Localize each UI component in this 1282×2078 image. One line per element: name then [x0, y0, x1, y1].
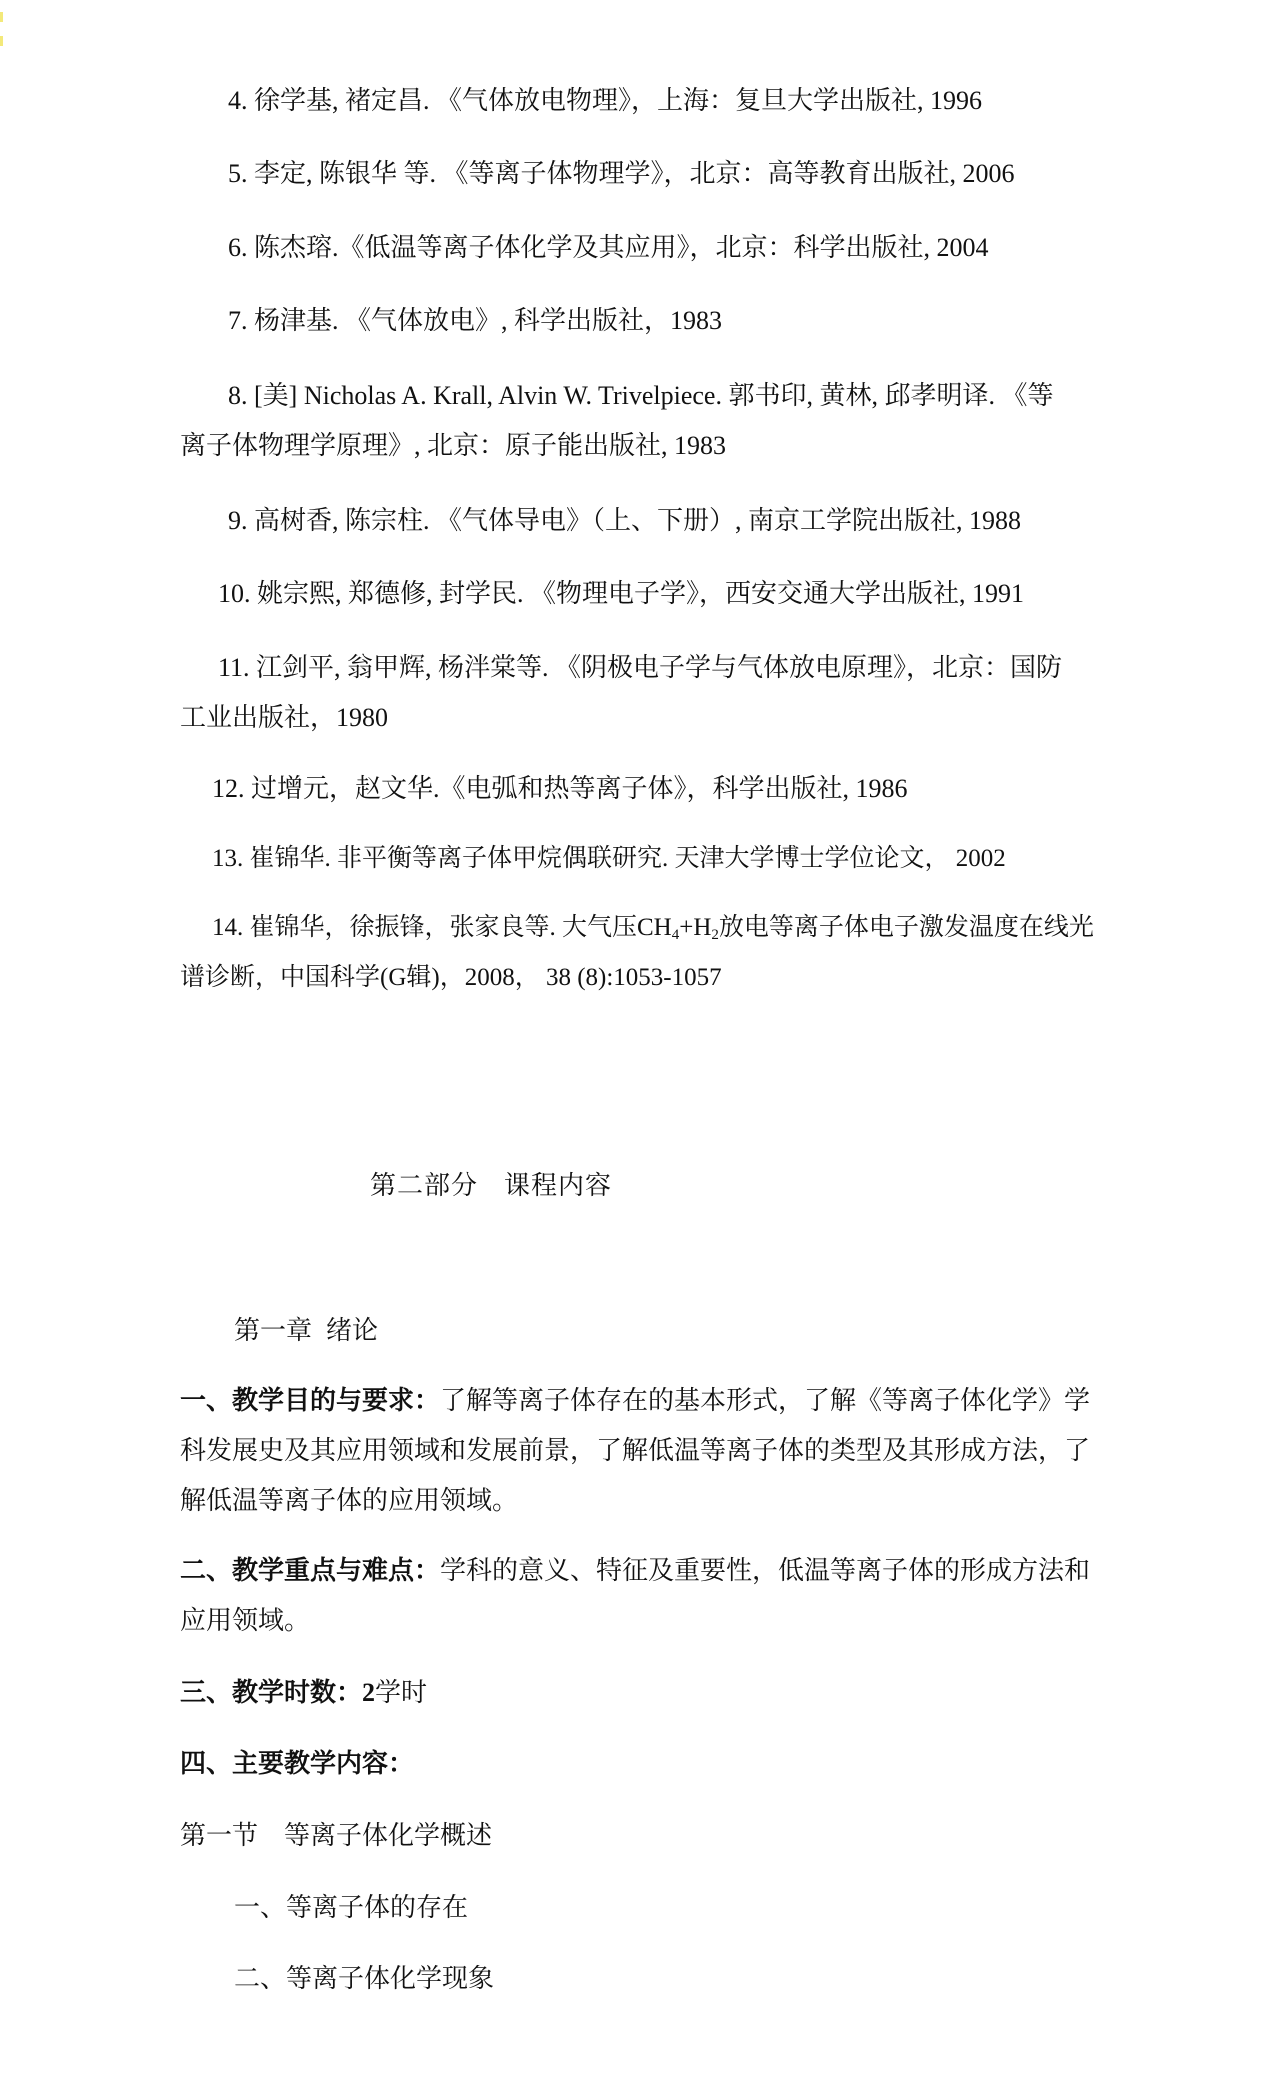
key-points-text-line2: 应用领域。	[180, 1606, 310, 1635]
reference-text: 高树香, 陈宗柱. 《气体导电》（上、下册）, 南京工学院出版社, 1988	[254, 506, 1021, 535]
reference-text-part: 放电等离子体电子激发温度在线光	[719, 914, 1094, 941]
objectives-text-line1: 了解等离子体存在的基本形式，了解《等离子体化学》学	[440, 1386, 1090, 1415]
key-points-label: 二、教学重点与难点：	[180, 1556, 440, 1586]
reference-number: 8.	[228, 381, 248, 410]
reference-number: 4.	[228, 86, 248, 115]
reference-item: 7. 杨津基. 《气体放电》, 科学出版社，1983	[228, 305, 722, 337]
reference-number: 9.	[228, 506, 248, 535]
section-title: 等离子体化学概述	[284, 1821, 492, 1851]
reference-item-continued: 谱诊断，中国科学(G辑)，2008， 38 (8):1053-1057	[180, 962, 722, 994]
section-label: 第一节	[180, 1821, 258, 1851]
reference-item: 9. 高树香, 陈宗柱. 《气体导电》（上、下册）, 南京工学院出版社, 198…	[228, 505, 1021, 537]
hours-value: 2	[362, 1678, 375, 1707]
key-points-paragraph-continued: 应用领域。	[180, 1605, 310, 1637]
section-item: 一、等离子体的存在	[234, 1892, 468, 1924]
reference-item: 10. 姚宗熙, 郑德修, 封学民. 《物理电子学》，西安交通大学出版社, 19…	[218, 578, 1024, 610]
reference-item: 6. 陈杰瑢.《低温等离子体化学及其应用》，北京：科学出版社, 2004	[228, 232, 989, 264]
reference-text: 陈杰瑢.《低温等离子体化学及其应用》，北京：科学出版社, 2004	[254, 233, 989, 262]
content-heading: 四、主要教学内容：	[180, 1748, 414, 1780]
chapter-heading: 第一章绪论	[234, 1315, 378, 1347]
reference-item: 5. 李定, 陈银华 等. 《等离子体物理学》，北京：高等教育出版社, 2006	[228, 158, 1015, 190]
reference-text-line2: 谱诊断，中国科学(G辑)，2008， 38 (8):1053-1057	[180, 964, 722, 991]
section-heading: 第一节等离子体化学概述	[180, 1820, 492, 1852]
edge-mark	[0, 12, 3, 22]
key-points-text-line1: 学科的意义、特征及重要性，低温等离子体的形成方法和	[440, 1556, 1090, 1585]
hours-label: 三、教学时数：	[180, 1678, 362, 1708]
reference-text: 杨津基. 《气体放电》, 科学出版社，1983	[254, 306, 722, 335]
objectives-text-line2: 科发展史及其应用领域和发展前景，了解低温等离子体的类型及其形成方法，了	[180, 1436, 1090, 1465]
reference-text: 徐学基, 褚定昌. 《气体放电物理》，上海：复旦大学出版社, 1996	[254, 86, 982, 115]
reference-text-line1: 江剑平, 翁甲辉, 杨泮棠等. 《阴极电子学与气体放电原理》，北京：国防	[256, 653, 1062, 682]
chapter-title: 绪论	[326, 1316, 378, 1346]
reference-number: 11.	[218, 653, 250, 682]
section-item: 二、等离子体化学现象	[234, 1963, 494, 1995]
reference-text-line2: 工业出版社，1980	[180, 703, 388, 732]
part-title: 课程内容	[504, 1171, 612, 1201]
reference-number: 6.	[228, 233, 248, 262]
content-label: 四、主要教学内容：	[180, 1749, 414, 1779]
reference-text: 过增元，赵文华.《电弧和热等离子体》，科学出版社, 1986	[251, 774, 908, 803]
reference-item: 11. 江剑平, 翁甲辉, 杨泮棠等. 《阴极电子学与气体放电原理》，北京：国防	[218, 652, 1062, 684]
reference-item: 13. 崔锦华. 非平衡等离子体甲烷偶联研究. 天津大学博士学位论文， 2002	[212, 843, 1006, 875]
edge-mark	[0, 36, 3, 46]
reference-item-continued: 工业出版社，1980	[180, 702, 388, 734]
reference-text-line2: 离子体物理学原理》, 北京：原子能出版社, 1983	[180, 431, 726, 460]
reference-number: 7.	[228, 306, 248, 335]
reference-text: 崔锦华. 非平衡等离子体甲烷偶联研究. 天津大学博士学位论文， 2002	[250, 845, 1006, 872]
reference-item-continued: 离子体物理学原理》, 北京：原子能出版社, 1983	[180, 430, 726, 462]
reference-number: 5.	[228, 159, 248, 188]
reference-item: 8. [美] Nicholas A. Krall, Alvin W. Trive…	[228, 380, 1053, 412]
part-label: 第二部分	[370, 1171, 478, 1201]
hours-unit: 学时	[375, 1678, 427, 1707]
reference-text: 李定, 陈银华 等. 《等离子体物理学》，北京：高等教育出版社, 2006	[254, 159, 1015, 188]
reference-text-part: +H	[679, 914, 711, 941]
objectives-label: 一、教学目的与要求：	[180, 1386, 440, 1416]
reference-text: 姚宗熙, 郑德修, 封学民. 《物理电子学》，西安交通大学出版社, 1991	[257, 579, 1024, 608]
section-item-text: 二、等离子体化学现象	[234, 1964, 494, 1994]
objectives-paragraph-continued: 解低温等离子体的应用领域。	[180, 1485, 518, 1517]
reference-item: 14. 崔锦华，徐振锋，张家良等. 大气压CH4+H2放电等离子体电子激发温度在…	[212, 912, 1094, 944]
key-points-paragraph: 二、教学重点与难点：学科的意义、特征及重要性，低温等离子体的形成方法和	[180, 1555, 1090, 1587]
reference-text-line1: [美] Nicholas A. Krall, Alvin W. Trivelpi…	[254, 381, 1053, 410]
subscript: 2	[711, 927, 719, 943]
reference-number: 14.	[212, 914, 243, 941]
hours-paragraph: 三、教学时数：2学时	[180, 1677, 427, 1709]
objectives-paragraph: 一、教学目的与要求：了解等离子体存在的基本形式，了解《等离子体化学》学	[180, 1385, 1090, 1417]
reference-number: 12.	[212, 774, 245, 803]
section-item-text: 一、等离子体的存在	[234, 1893, 468, 1923]
reference-item: 4. 徐学基, 褚定昌. 《气体放电物理》，上海：复旦大学出版社, 1996	[228, 85, 982, 117]
part-heading: 第二部分课程内容	[370, 1170, 612, 1202]
chapter-label: 第一章	[234, 1316, 312, 1346]
reference-number: 10.	[218, 579, 251, 608]
objectives-text-line3: 解低温等离子体的应用领域。	[180, 1486, 518, 1515]
reference-text-part: 崔锦华，徐振锋，张家良等. 大气压CH	[250, 914, 672, 941]
reference-item: 12. 过增元，赵文华.《电弧和热等离子体》，科学出版社, 1986	[212, 773, 908, 805]
reference-number: 13.	[212, 845, 243, 872]
objectives-paragraph-continued: 科发展史及其应用领域和发展前景，了解低温等离子体的类型及其形成方法，了	[180, 1435, 1090, 1467]
